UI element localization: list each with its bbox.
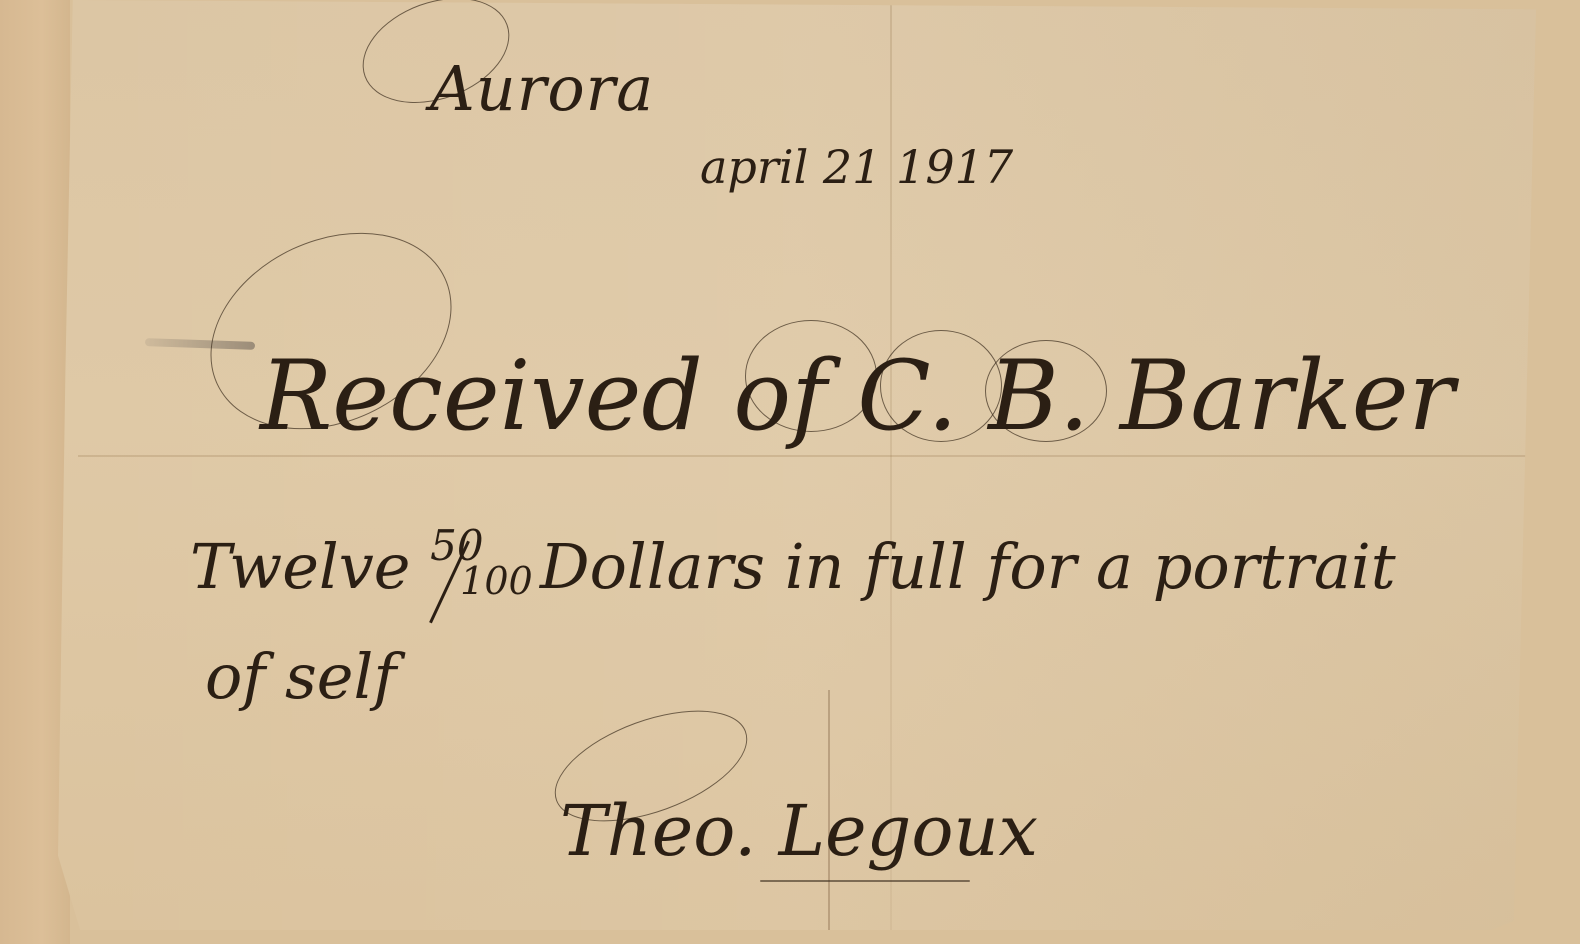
purpose-continuation: of self (205, 640, 396, 713)
fraction-denominator: 100 (460, 559, 533, 603)
place-heading: Aurora (430, 52, 654, 125)
signature-underline (760, 880, 970, 882)
received-label: Received of (260, 340, 827, 452)
signature: Theo. Legoux (560, 790, 1038, 872)
fold-crease-horizontal (78, 455, 1528, 457)
amount-cents-fraction: 50 100 (430, 537, 520, 607)
amount-line: Twelve 50 100 Dollars in full for a port… (190, 530, 1396, 607)
received-line: Received of C. B. Barker (260, 340, 1454, 452)
receipt-date: april 21 1917 (700, 140, 1013, 194)
amount-purpose: Dollars in full for a portrait (540, 530, 1396, 603)
amount-words: Twelve (190, 530, 410, 603)
payer-name: C. B. Barker (857, 340, 1454, 452)
